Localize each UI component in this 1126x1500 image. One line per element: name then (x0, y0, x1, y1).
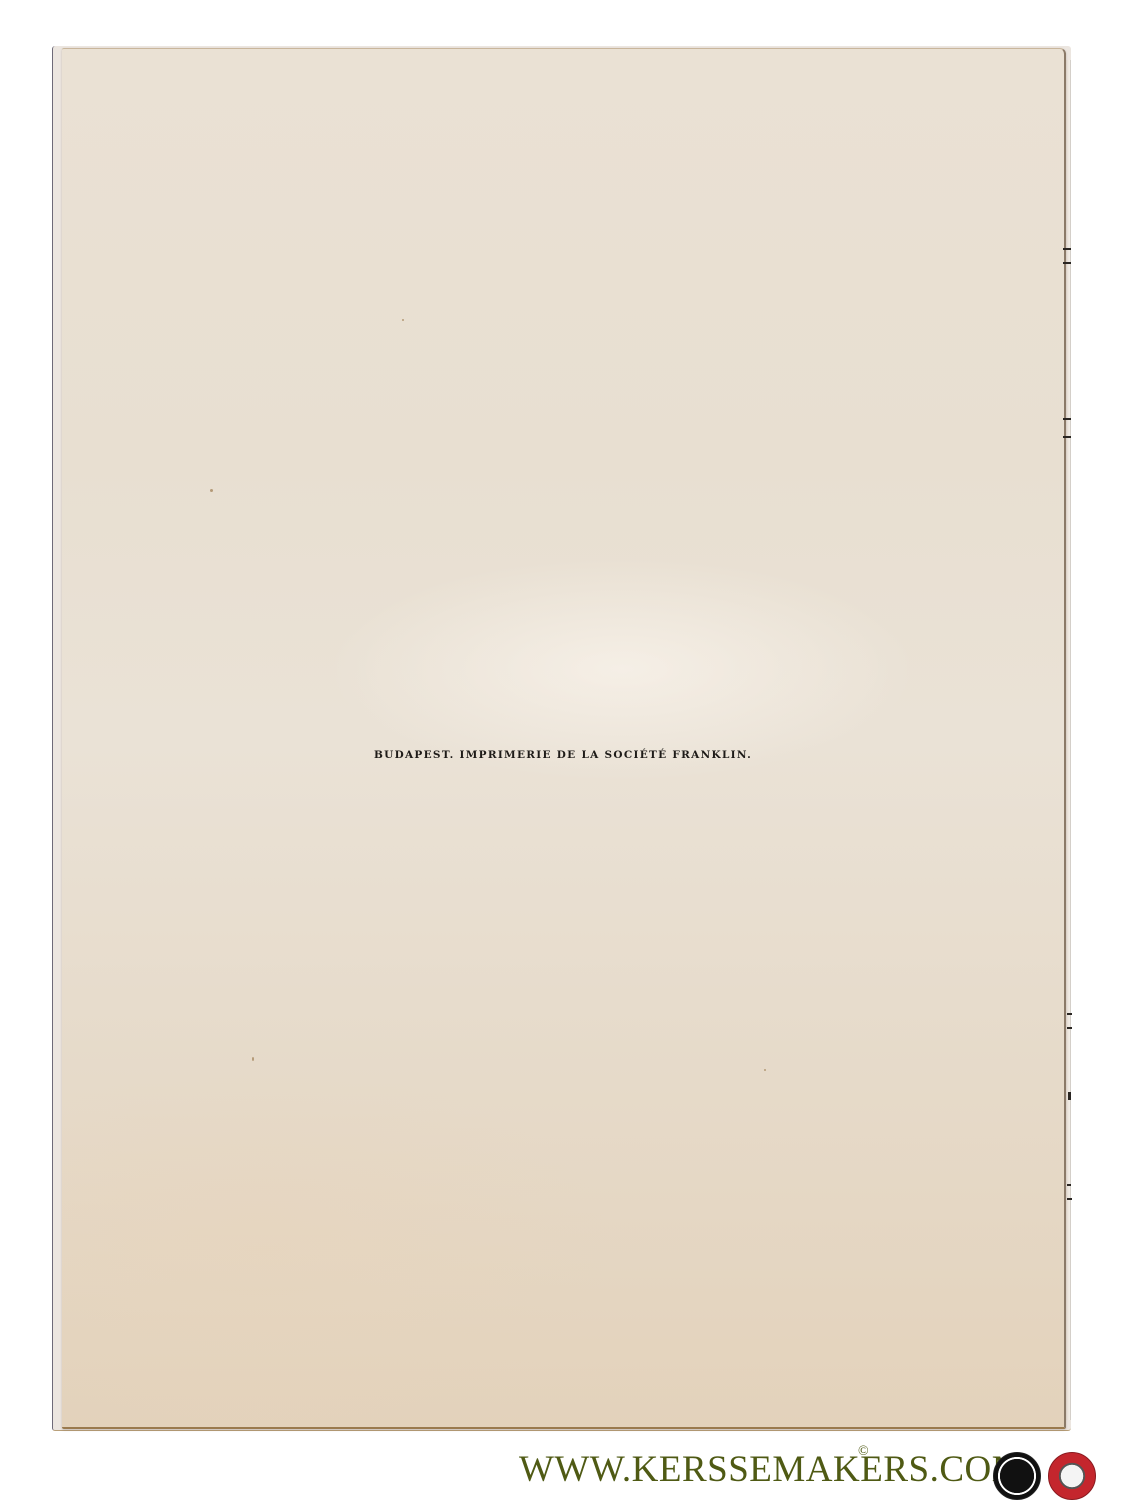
nederlandsche-vereeniging-seal-icon: NEDERLANDSCHE VEREENIGING VAN ANTIQUAREN (993, 1452, 1041, 1500)
imprint-text: BUDAPEST. IMPRIMERIE DE LA SOCIÉTÉ FRANK… (62, 749, 1064, 761)
document-page: BUDAPEST. IMPRIMERIE DE LA SOCIÉTÉ FRANK… (62, 48, 1066, 1429)
paper-speck (402, 319, 404, 321)
ilab-seal-icon: AMOR LIBRORUM NOS UNIT (1048, 1452, 1096, 1500)
edge-mark (1067, 1184, 1071, 1186)
edge-mark (1068, 1092, 1071, 1100)
edge-mark (1067, 1198, 1072, 1200)
edge-mark (1063, 262, 1071, 264)
edge-mark (1067, 1013, 1072, 1015)
kerssemakers-watermark: WWW.KERSSEMAKERS.COM (519, 1448, 1025, 1491)
edge-mark (1063, 436, 1071, 438)
paper-speck (764, 1069, 766, 1071)
edge-mark (1063, 248, 1071, 250)
paper-speck (210, 489, 213, 492)
paper-speck (252, 1057, 254, 1061)
edge-mark (1067, 1027, 1072, 1029)
edge-mark (1063, 418, 1071, 420)
copyright-icon: © (858, 1444, 869, 1460)
